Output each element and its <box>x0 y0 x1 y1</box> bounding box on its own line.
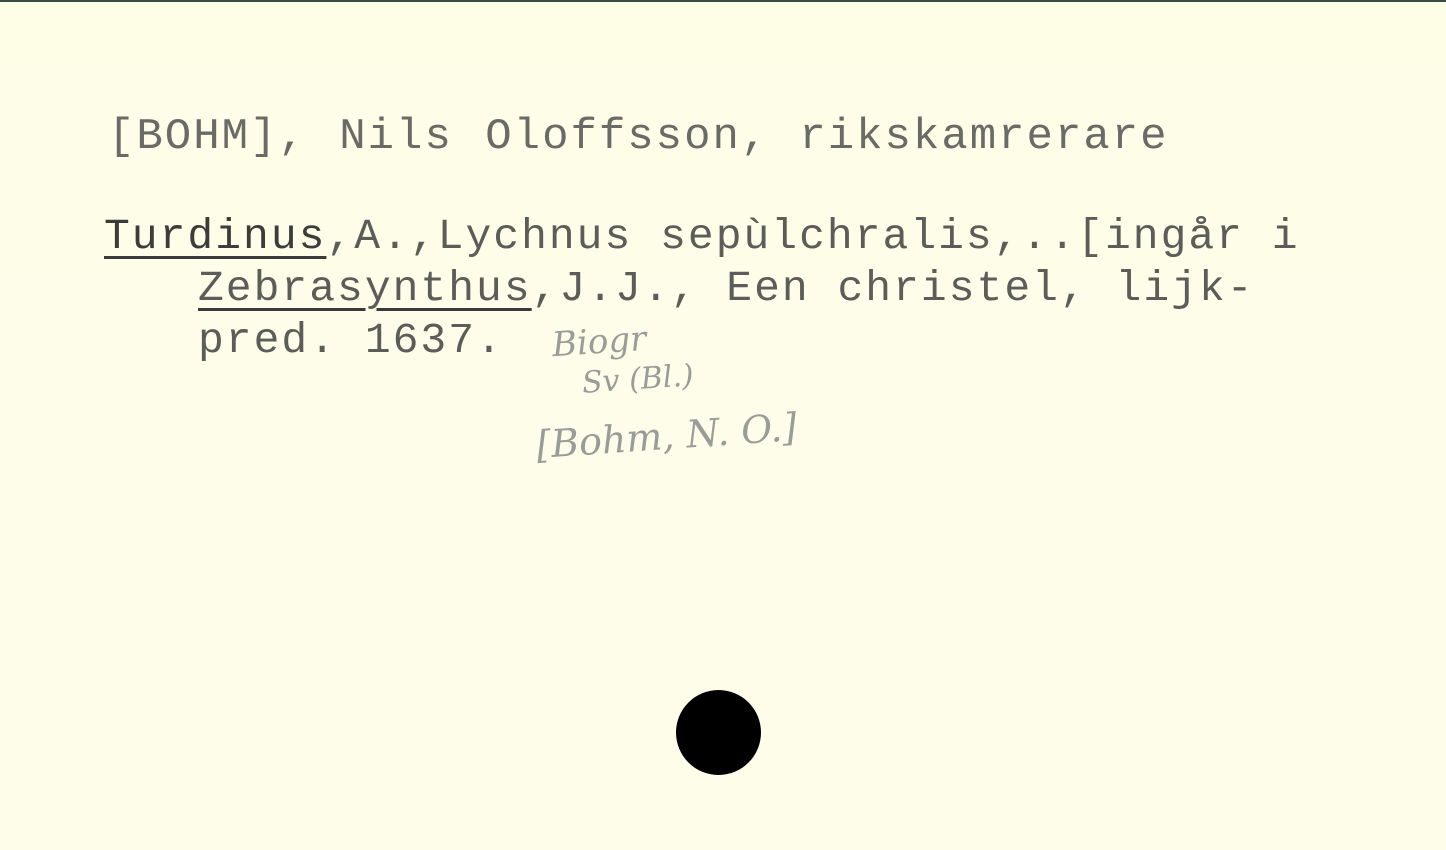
handwritten-note-2: Sv (Bl.) <box>581 358 695 401</box>
handwritten-note-1: Biogr <box>551 319 648 365</box>
person-name: [BOHM], Nils Oloffsson, <box>108 112 769 162</box>
punch-hole <box>676 690 761 775</box>
person-title: rikskamrerare <box>799 112 1168 162</box>
entry-line-2-text: ,J.J., Een christel, lijk- <box>532 264 1255 313</box>
handwritten-note-3: [Bohm, N. O.] <box>535 405 799 467</box>
card-heading: [BOHM], Nils Oloffsson,rikskamrerare <box>108 112 1169 162</box>
entry-line-2: Zebrasynthus,J.J., Een christel, lijk- <box>198 264 1255 313</box>
coauthor-underlined: Zebrasynthus <box>198 264 532 313</box>
entry-line-1: Turdinus,A.,Lychnus sepùlchralis,..[ingå… <box>104 212 1300 261</box>
catalog-card: [BOHM], Nils Oloffsson,rikskamrerare Tur… <box>0 0 1446 850</box>
entry-line-3: pred. 1637. <box>198 316 504 365</box>
author-underlined: Turdinus <box>104 212 326 261</box>
entry-line-1-text: ,A.,Lychnus sepùlchralis,..[ingår i <box>326 212 1299 261</box>
